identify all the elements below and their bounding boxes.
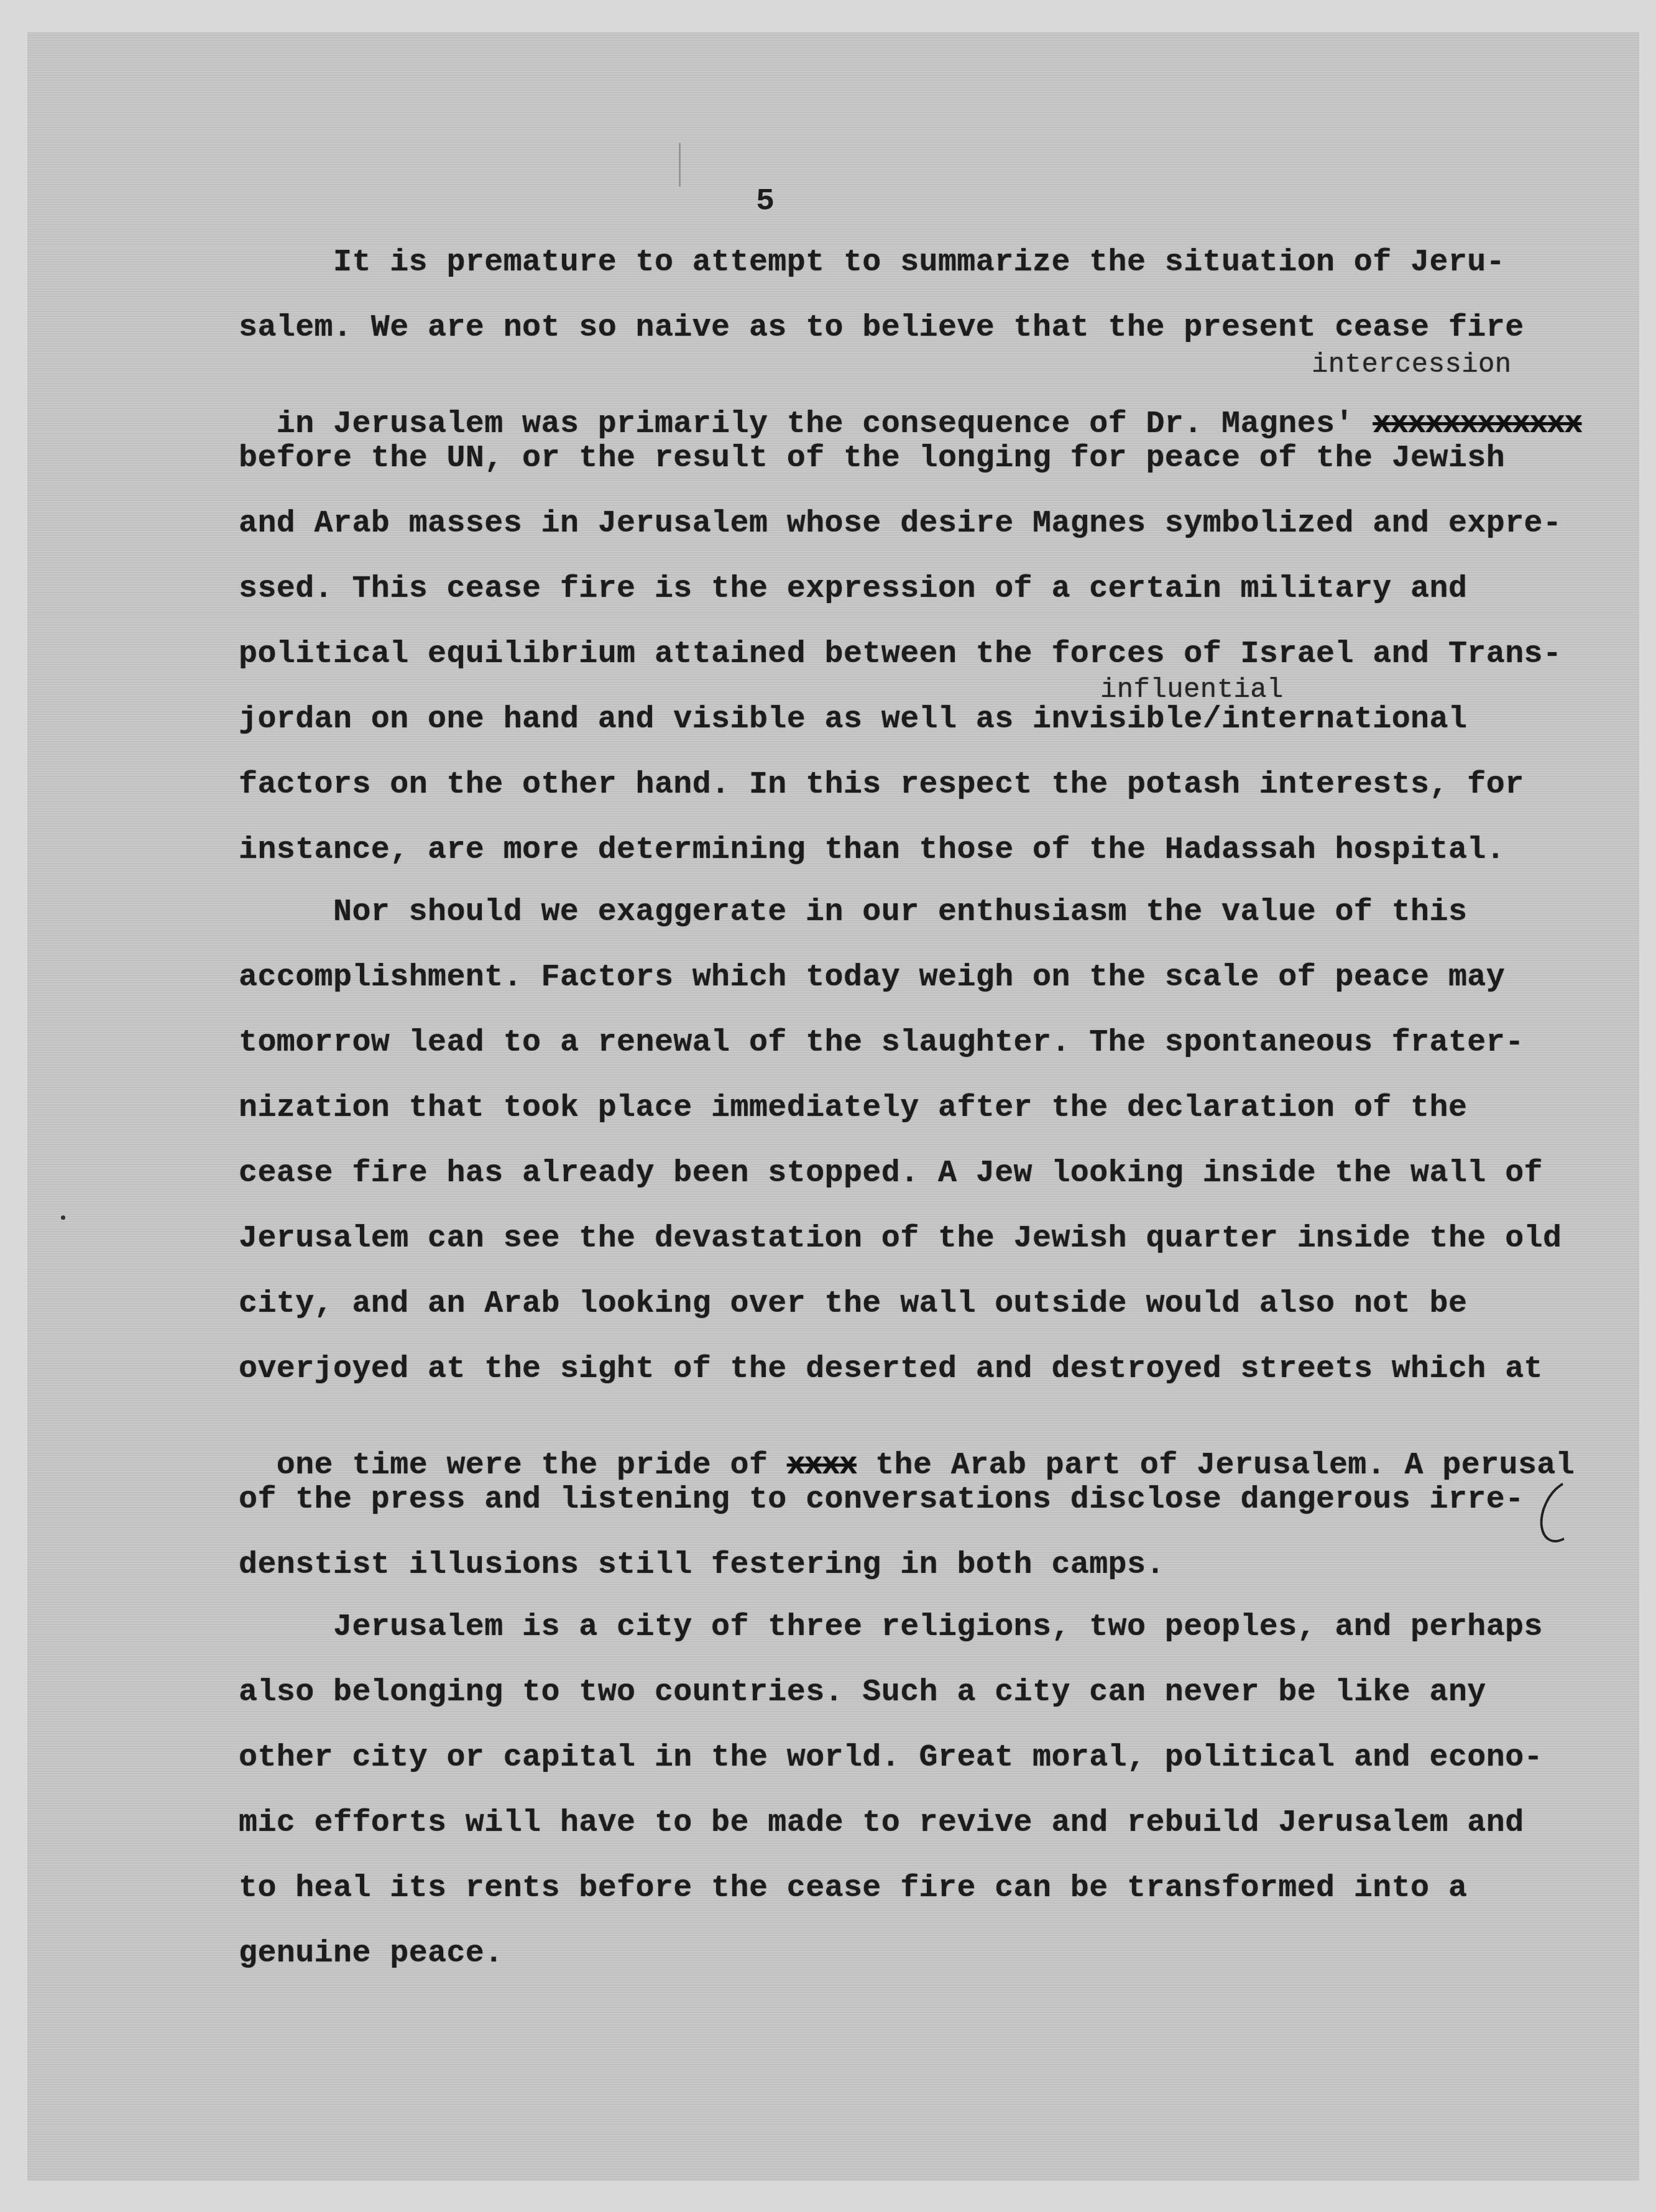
paragraph-1-line-3: in Jerusalem was primarily the consequen… (239, 378, 1581, 440)
paragraph-2-line-4: nization that took place immediately aft… (239, 1093, 1467, 1124)
line-text: one time were the pride of (277, 1448, 768, 1483)
paragraph-1-line-10: instance, are more determining than thos… (239, 835, 1505, 866)
paragraph-2-line-5: cease fire has already been stopped. A J… (239, 1158, 1543, 1189)
paragraph-3-line-3: other city or capital in the world. Grea… (239, 1743, 1543, 1774)
paragraph-3-line-1: Jerusalem is a city of three religions, … (333, 1612, 1543, 1643)
paragraph-2-line-1: Nor should we exaggerate in our enthusia… (333, 897, 1467, 928)
paragraph-2-line-11: denstist illusions still festering in bo… (239, 1550, 1165, 1581)
scan-mark (679, 143, 681, 187)
paragraph-3-line-6: genuine peace. (239, 1938, 504, 1970)
margin-speck (61, 1215, 65, 1220)
paragraph-1-line-8: jordan on one hand and visible as well a… (239, 704, 1467, 735)
paragraph-2-line-2: accomplishment. Factors which today weig… (239, 962, 1505, 993)
paragraph-1-line-4: before the UN, or the result of the long… (239, 443, 1505, 474)
paragraph-2-line-3: tomorrow lead to a renewal of the slaugh… (239, 1028, 1524, 1059)
paragraph-2-line-6: Jerusalem can see the devastation of the… (239, 1224, 1562, 1255)
paragraph-2-line-9: one time were the pride of xxxx the Arab… (239, 1419, 1575, 1482)
paragraph-2-line-7: city, and an Arab looking over the wall … (239, 1289, 1467, 1320)
struck-out-word: xxxx (787, 1448, 857, 1483)
paragraph-1-line-1: It is premature to attempt to summarize … (333, 247, 1505, 279)
struck-out-word: xxxxxxxxxxxx (1373, 407, 1581, 442)
paragraph-2-line-8: overjoyed at the sight of the deserted a… (239, 1354, 1543, 1385)
paragraph-1-line-6: ssed. This cease fire is the expression … (239, 574, 1467, 605)
paragraph-1-line-9: factors on the other hand. In this respe… (239, 770, 1524, 801)
paragraph-1-line-5: and Arab masses in Jerusalem whose desir… (239, 509, 1562, 540)
paragraph-2-line-10: of the press and listening to conversati… (239, 1485, 1524, 1516)
paragraph-3-line-4: mic efforts will have to be made to revi… (239, 1808, 1524, 1839)
insertion-intercession: intercession (1312, 351, 1512, 379)
line-text: the Arab part of Jerusalem. A perusal (875, 1448, 1575, 1483)
page-number: 5 (756, 187, 775, 218)
insertion-influential: influential (1100, 676, 1284, 704)
paragraph-1-line-2: salem. We are not so naive as to believe… (239, 313, 1524, 344)
paragraph-3-line-5: to heal its rents before the cease fire … (239, 1873, 1467, 1904)
paragraph-3-line-2: also belonging to two countries. Such a … (239, 1677, 1486, 1708)
line-text: in Jerusalem was primarily the consequen… (277, 407, 1354, 442)
paragraph-1-line-7: political equilibrium attained between t… (239, 639, 1562, 670)
